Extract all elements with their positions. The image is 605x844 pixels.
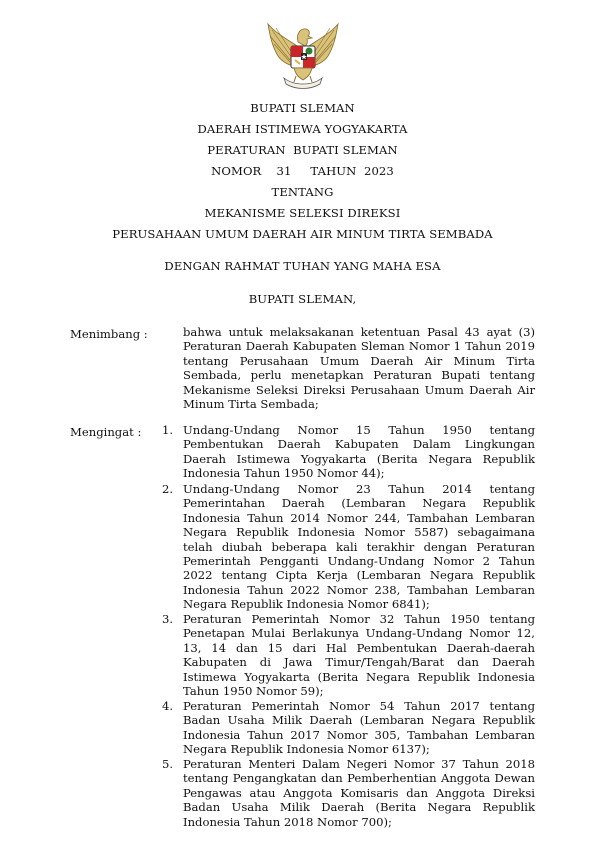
header-subject-line1: MEKANISME SELEKSI DIREKSI xyxy=(0,206,605,220)
list-item: Undang-Undang Nomor 23 Tahun 2014 tentan… xyxy=(183,482,535,612)
menimbang-text: bahwa untuk melaksakanan ketentuan Pasal… xyxy=(183,325,535,411)
header-about: TENTANG xyxy=(0,185,605,199)
header-invocation: DENGAN RAHMAT TUHAN YANG MAHA ESA xyxy=(0,259,605,273)
list-item-number: 3. xyxy=(162,612,173,626)
header-signatory: BUPATI SLEMAN, xyxy=(0,292,605,306)
list-item: Undang-Undang Nomor 15 Tahun 1950 tentan… xyxy=(183,423,535,481)
header-title-bupati: BUPATI SLEMAN xyxy=(0,101,605,115)
header-region: DAERAH ISTIMEWA YOGYAKARTA xyxy=(0,122,605,136)
header-regulation-type: PERATURAN BUPATI SLEMAN xyxy=(0,143,605,157)
header-subject-line2: PERUSAHAAN UMUM DAERAH AIR MINUM TIRTA S… xyxy=(0,227,605,241)
mengingat-label: Mengingat : xyxy=(70,425,141,439)
list-item: Peraturan Menteri Dalam Negeri Nomor 37 … xyxy=(183,757,535,829)
menimbang-label: Menimbang : xyxy=(70,327,148,341)
list-item-number: 2. xyxy=(162,482,173,496)
garuda-pancasila-emblem-icon xyxy=(262,20,344,92)
list-item-number: 1. xyxy=(162,423,173,437)
list-item: Peraturan Pemerintah Nomor 54 Tahun 2017… xyxy=(183,699,535,757)
list-item: Peraturan Pemerintah Nomor 32 Tahun 1950… xyxy=(183,612,535,698)
list-item-number: 5. xyxy=(162,757,173,771)
header-regulation-number: NOMOR 31 TAHUN 2023 xyxy=(0,164,605,178)
list-item-number: 4. xyxy=(162,699,173,713)
